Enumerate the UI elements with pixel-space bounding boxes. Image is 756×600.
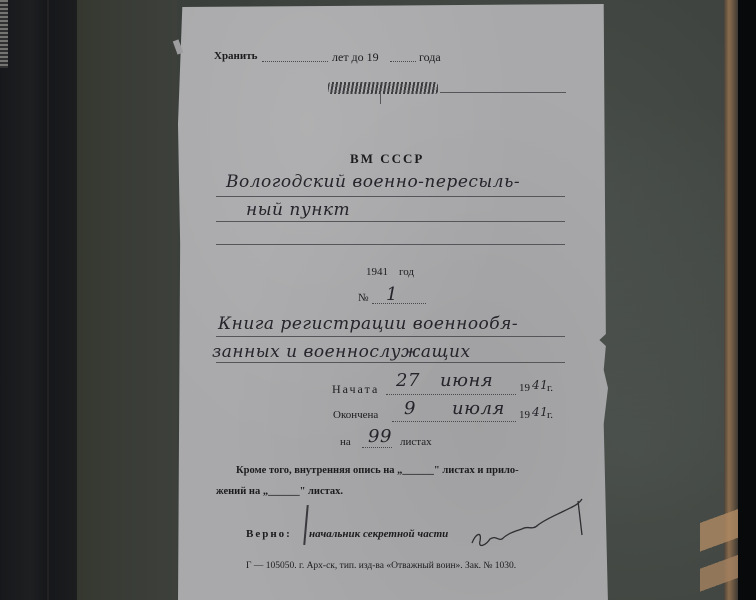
institution-rule-1	[216, 196, 565, 197]
scan-background	[738, 0, 756, 600]
started-month: июня	[440, 370, 493, 391]
title-rule-1	[216, 336, 565, 337]
ended-year-prefix: 19	[519, 409, 530, 421]
ended-month: июля	[452, 398, 505, 419]
ended-label: Окончена	[333, 409, 378, 421]
scanned-archival-document: Хранить лет до 19 года ВМ СССР Вологодск…	[0, 0, 756, 600]
ended-year-suffix: 41	[532, 405, 548, 419]
cover-left-strip	[77, 0, 177, 600]
sheets-suffix: листах	[400, 436, 432, 448]
certification-role: начальник секретной части	[309, 528, 448, 540]
sheets-blank	[362, 447, 392, 448]
sheets-prefix: на	[340, 436, 351, 448]
keep-label: Хранить	[214, 50, 257, 62]
ended-g: г.	[547, 409, 553, 421]
started-year-prefix: 19	[519, 382, 530, 394]
institution-rule-3	[216, 244, 565, 245]
started-label: Начата	[332, 382, 379, 397]
cover-torn-corner	[700, 500, 740, 600]
year-label: год	[399, 266, 414, 278]
title-line-1: Книга регистрации военнообя-	[218, 314, 518, 334]
years-label: лет до 19	[332, 50, 379, 65]
started-blank	[386, 394, 516, 395]
signature-icon	[468, 495, 598, 555]
inventory-note-line-1: Кроме того, внутренняя опись на „______"…	[236, 465, 519, 476]
institution-line-2: ный пункт	[246, 200, 350, 220]
number-value: 1	[386, 284, 398, 305]
started-g: г.	[547, 382, 553, 394]
institution-line-1: Вологодский военно-пересыль-	[226, 172, 520, 192]
year-blank	[390, 61, 416, 62]
year-value: 1941	[366, 266, 388, 278]
number-label: №	[358, 292, 369, 304]
certification-label: Верно:	[246, 528, 292, 540]
stamp-mark	[380, 92, 381, 104]
started-day: 27	[396, 370, 420, 391]
year-suffix: года	[419, 50, 441, 65]
ended-day: 9	[404, 398, 416, 419]
sheets-count: 99	[368, 426, 392, 447]
title-rule-2	[216, 362, 565, 363]
ended-blank	[392, 421, 516, 422]
institution-rule-2	[216, 221, 565, 222]
organization-header: ВМ СССР	[350, 151, 424, 167]
binding-thread	[0, 0, 8, 68]
years-blank	[262, 61, 328, 62]
started-year-suffix: 41	[532, 378, 548, 392]
title-line-2: занных и военнослужащих	[212, 342, 471, 362]
inventory-note-line-2: жений на „______" листах.	[216, 486, 343, 497]
printer-imprint: Г — 105050. г. Арх-ск, тип. изд-ва «Отва…	[246, 561, 516, 571]
book-spine	[0, 0, 77, 600]
spine-crease	[47, 0, 49, 600]
number-blank	[372, 303, 426, 304]
classification-rule	[440, 92, 566, 93]
crossed-out-classification	[328, 82, 438, 94]
